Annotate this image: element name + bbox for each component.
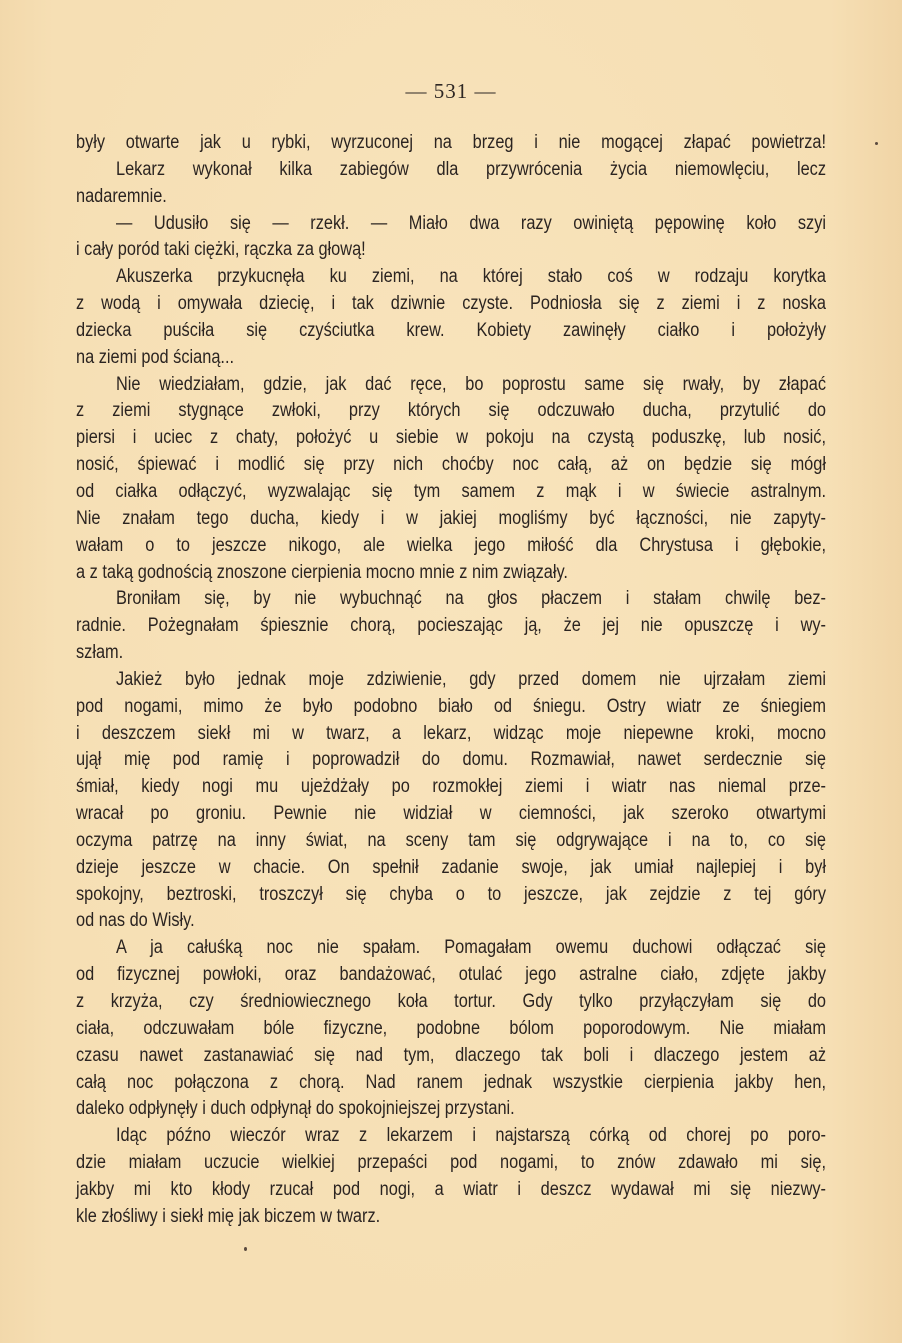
text-line-content: piersi i uciec z chaty, położyć u siebie… (76, 425, 826, 452)
text-line: całą noc połączona z chorą. Nad ranem je… (76, 1070, 826, 1097)
text-line: Lekarz wykonał kilka zabiegów dla przywr… (76, 157, 826, 184)
text-line-content: ciała, odczuwałam bóle fizyczne, podobne… (76, 1016, 826, 1043)
text-line: nosić, śpiewać i modlić się przy nich ch… (76, 452, 826, 479)
text-line: Idąc późno wieczór wraz z lekarzem i naj… (76, 1123, 826, 1150)
text-line: nadaremnie. (76, 184, 826, 211)
text-line: i cały poród taki ciężki, rączka za głow… (76, 237, 826, 264)
text-line-content: śmiał, kiedy nogi mu ujeżdżały po rozmok… (76, 774, 826, 801)
text-line-content: dzie miałam uczucie wielkiej przepaści p… (76, 1150, 826, 1177)
text-line-content: dzieje jeszcze w chacie. On spełnił zada… (76, 855, 826, 882)
text-line: były otwarte jak u rybki, wyrzuconej na … (76, 130, 826, 157)
text-line-content: jakby mi kto kłody rzucał pod nogi, a wi… (76, 1177, 826, 1204)
text-line: oczyma patrzę na inny świat, na sceny ta… (76, 828, 826, 855)
text-line-content: oczyma patrzę na inny świat, na sceny ta… (76, 828, 826, 855)
text-line-content: od nas do Wisły. (76, 908, 195, 935)
text-line: Broniłam się, by nie wybuchnąć na głos p… (76, 586, 826, 613)
text-line-content: od fizycznej powłoki, oraz bandażować, o… (76, 962, 826, 989)
text-line-content: z ziemi stygnące zwłoki, przy których si… (76, 398, 826, 425)
text-line: — Udusiło się — rzekł. — Miało dwa razy … (76, 211, 826, 238)
text-line: na ziemi pod ścianą... (76, 345, 826, 372)
text-line: Nie znałam tego ducha, kiedy i w jakiej … (76, 506, 826, 533)
text-line: wracał po groniu. Pewnie nie widział w c… (76, 801, 826, 828)
text-line-content: spokojny, beztroski, troszczył się chyba… (76, 882, 826, 909)
text-line-content: Idąc późno wieczór wraz z lekarzem i naj… (116, 1123, 826, 1150)
text-line-content: z krzyża, czy średniowiecznego koła tort… (76, 989, 826, 1016)
text-line-content: Akuszerka przykucnęła ku ziemi, na które… (116, 264, 826, 291)
text-line-content: wracał po groniu. Pewnie nie widział w c… (76, 801, 826, 828)
text-line-content: Jakież było jednak moje zdziwienie, gdy … (116, 667, 826, 694)
text-line: od nas do Wisły. (76, 908, 826, 935)
text-line: spokojny, beztroski, troszczył się chyba… (76, 882, 826, 909)
text-line: ujął mię pod ramię i poprowadził do domu… (76, 747, 826, 774)
text-line: od fizycznej powłoki, oraz bandażować, o… (76, 962, 826, 989)
text-line-content: A ja całuśką noc nie spałam. Pomagałam o… (116, 935, 826, 962)
text-line: pod nogami, mimo że było podobno biało o… (76, 694, 826, 721)
paper-speck (875, 142, 878, 145)
text-line: dzieje jeszcze w chacie. On spełnił zada… (76, 855, 826, 882)
text-line-content: kle złośliwy i siekł mię jak biczem w tw… (76, 1204, 380, 1231)
text-line: z wodą i omywała dziecię, i tak dziwnie … (76, 291, 826, 318)
text-line-content: Broniłam się, by nie wybuchnąć na głos p… (116, 586, 826, 613)
text-line-content: radnie. Pożegnałam śpiesznie chorą, poci… (76, 613, 826, 640)
text-line-content: Lekarz wykonał kilka zabiegów dla przywr… (116, 157, 826, 184)
paper-speck (244, 1247, 247, 1251)
text-line-content: daleko odpłynęły i duch odpłynął do spok… (76, 1096, 515, 1123)
text-line: Akuszerka przykucnęła ku ziemi, na które… (76, 264, 826, 291)
text-line-content: Nie znałam tego ducha, kiedy i w jakiej … (76, 506, 826, 533)
text-line-content: były otwarte jak u rybki, wyrzuconej na … (76, 130, 826, 157)
text-line-content: a z taką godnością znoszone cierpienia m… (76, 560, 568, 587)
text-line-content: i deszczem siekł mi w twarz, a lekarz, w… (76, 721, 826, 748)
text-line-content: dziecka puściła się czyściutka krew. Kob… (76, 318, 826, 345)
text-line-content: wałam o to jeszcze nikogo, ale wielka je… (76, 533, 826, 560)
text-line-content: — Udusiło się — rzekł. — Miało dwa razy … (116, 211, 826, 238)
text-line: od ciałka odłączyć, wyzwalając się tym s… (76, 479, 826, 506)
text-line: jakby mi kto kłody rzucał pod nogi, a wi… (76, 1177, 826, 1204)
text-line-content: Nie wiedziałam, gdzie, jak dać ręce, bo … (116, 372, 826, 399)
text-line: Nie wiedziałam, gdzie, jak dać ręce, bo … (76, 372, 826, 399)
text-line-content: z wodą i omywała dziecię, i tak dziwnie … (76, 291, 826, 318)
text-line: dzie miałam uczucie wielkiej przepaści p… (76, 1150, 826, 1177)
text-line: z krzyża, czy średniowiecznego koła tort… (76, 989, 826, 1016)
text-line-content: ujął mię pod ramię i poprowadził do domu… (76, 747, 826, 774)
book-page: — 531 — były otwarte jak u rybki, wyrzuc… (0, 0, 902, 1343)
text-line: a z taką godnością znoszone cierpienia m… (76, 560, 826, 587)
text-line: A ja całuśką noc nie spałam. Pomagałam o… (76, 935, 826, 962)
text-line-content: na ziemi pod ścianą... (76, 345, 234, 372)
text-line: szłam. (76, 640, 826, 667)
text-line: Jakież było jednak moje zdziwienie, gdy … (76, 667, 826, 694)
page-number: — 531 — (0, 79, 902, 104)
text-line: daleko odpłynęły i duch odpłynął do spok… (76, 1096, 826, 1123)
text-line: ciała, odczuwałam bóle fizyczne, podobne… (76, 1016, 826, 1043)
text-line-content: całą noc połączona z chorą. Nad ranem je… (76, 1070, 826, 1097)
text-line-content: szłam. (76, 640, 123, 667)
text-line: i deszczem siekł mi w twarz, a lekarz, w… (76, 721, 826, 748)
text-line: dziecka puściła się czyściutka krew. Kob… (76, 318, 826, 345)
body-text: były otwarte jak u rybki, wyrzuconej na … (76, 130, 826, 1231)
text-line-content: nadaremnie. (76, 184, 167, 211)
text-line: piersi i uciec z chaty, położyć u siebie… (76, 425, 826, 452)
text-line-content: i cały poród taki ciężki, rączka za głow… (76, 237, 366, 264)
text-line-content: od ciałka odłączyć, wyzwalając się tym s… (76, 479, 826, 506)
text-line: radnie. Pożegnałam śpiesznie chorą, poci… (76, 613, 826, 640)
text-line-content: pod nogami, mimo że było podobno biało o… (76, 694, 826, 721)
text-line: kle złośliwy i siekł mię jak biczem w tw… (76, 1204, 826, 1231)
text-line: śmiał, kiedy nogi mu ujeżdżały po rozmok… (76, 774, 826, 801)
text-line: z ziemi stygnące zwłoki, przy których si… (76, 398, 826, 425)
text-line: czasu nawet zastanawiać się nad tym, dla… (76, 1043, 826, 1070)
text-line: wałam o to jeszcze nikogo, ale wielka je… (76, 533, 826, 560)
text-line-content: czasu nawet zastanawiać się nad tym, dla… (76, 1043, 826, 1070)
text-line-content: nosić, śpiewać i modlić się przy nich ch… (76, 452, 826, 479)
